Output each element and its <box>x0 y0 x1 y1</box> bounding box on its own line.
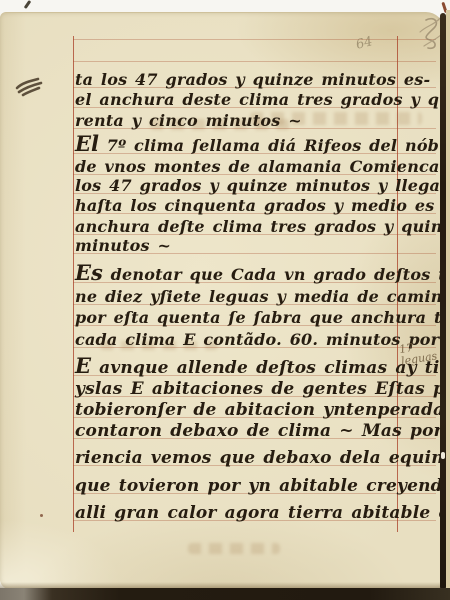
manuscript-line: minutos ~ <box>73 233 436 254</box>
manuscript-line: por eſta quenta ſe ſabra que anchura tie… <box>73 305 436 326</box>
corner-mark <box>24 0 32 9</box>
pencil-scribble-icon <box>396 12 444 58</box>
manuscript-line: los 47 grados y quinze minutos y llega <box>73 173 436 194</box>
next-page-sliver <box>446 10 450 592</box>
ruled-line-empty <box>73 19 436 40</box>
line-text: que tovieron por yn abitable creyendo av… <box>75 476 450 496</box>
line-text: contaron debaxo de clima ~ Mas por expe <box>75 421 450 441</box>
page-edge-notch <box>441 452 445 459</box>
manuscript-line: contaron debaxo de clima ~ Mas por expe <box>73 418 436 439</box>
line-text: denotar que Cada vn grado deſtos tie <box>103 265 450 284</box>
line-text: yslas E abitaciones de gentes Eſtas porq… <box>75 379 450 399</box>
manuscript-line: alli gran calor agora tierra abitable e … <box>73 500 436 521</box>
line-text: por eſta quenta ſe ſabra que anchura tie… <box>75 308 450 327</box>
manuscript-line: cada clima E contãdo. 60. minutos por gr… <box>73 327 436 348</box>
paragraph-initial: Es <box>75 260 103 285</box>
line-text: el anchura deste clima tres grados y qua <box>75 90 450 109</box>
line-text: ne diez yſiete leguas y media de camino … <box>75 287 450 306</box>
manuscript-line: yslas E abitaciones de gentes Eſtas porq… <box>73 376 436 397</box>
manuscript-line: que tovieron por yn abitable creyendo av… <box>73 473 436 494</box>
manuscript-line: El 7º clima ſellama diá Rifeos del nóbre <box>73 133 436 154</box>
line-text: minutos ~ <box>75 236 171 255</box>
line-text: cada clima E contãdo. 60. minutos por gr… <box>75 330 450 349</box>
page-bottom-edge <box>0 588 450 600</box>
manuscript-line: riencia vemos que debaxo dela equinocial <box>73 445 436 466</box>
line-text: riencia vemos que debaxo dela equinocial <box>75 448 450 468</box>
manuscript-line: anchura deſte clima tres grados y quinze <box>73 214 436 235</box>
manuscript-line: ta los 47 grados y quinze minutos es- <box>73 67 436 88</box>
manuscript-line: de vnos montes de alamania Comienca de <box>73 154 436 175</box>
line-text: tobieronſer de abitacion yntenperada nol… <box>75 400 450 420</box>
line-text: haſta los cinquenta grados y medio es el <box>75 196 450 215</box>
manuscript-line: E avnque allende deſtos climas ay tierra… <box>73 355 436 376</box>
line-text: 7º clima ſellama diá Rifeos del nóbre <box>99 136 450 155</box>
manuscript-line: tobieronſer de abitacion yntenperada nol… <box>73 397 436 418</box>
manuscript-photo: ta los 47 grados y quinze minutos es- el… <box>0 0 450 600</box>
paragraph-initial: E <box>75 353 91 378</box>
manuscript-line: haſta los cinquenta grados y medio es el <box>73 193 436 214</box>
ink-dot <box>40 514 43 517</box>
line-text: alli gran calor agora tierra abitable e … <box>75 503 450 523</box>
paragraph-initial: El <box>75 131 99 156</box>
ruled-line-empty <box>73 41 436 62</box>
line-text: avnque allende deſtos climas ay tierras <box>91 358 450 378</box>
manuscript-line: el anchura deste clima tres grados y qua <box>73 87 436 108</box>
manuscript-line: renta y cinco minutos ~ <box>73 108 436 129</box>
manuscript-line: Es denotar que Cada vn grado deſtos tie <box>73 262 436 283</box>
ink-smudge-icon <box>14 74 46 98</box>
line-text: renta y cinco minutos ~ <box>75 111 302 130</box>
manuscript-line: ne diez yſiete leguas y media de camino … <box>73 284 436 305</box>
